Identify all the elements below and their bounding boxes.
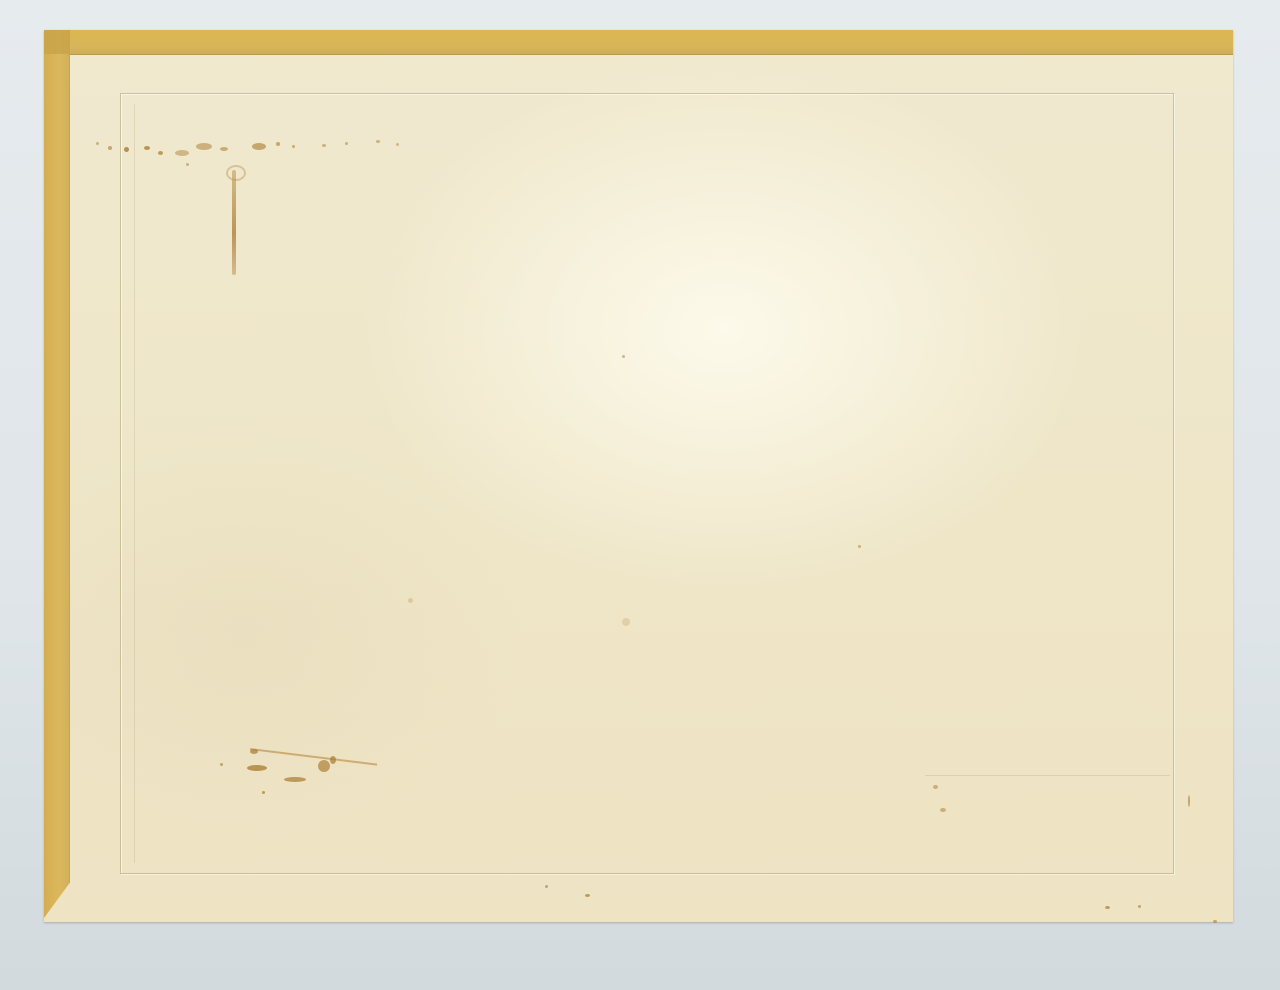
- tape-strip-left: [44, 30, 70, 918]
- embossed-corner-detail: [925, 775, 1170, 871]
- plate-inner-emboss: [134, 104, 1133, 863]
- plate-mark: [120, 93, 1174, 874]
- drip-stain: [232, 170, 236, 275]
- drip-stain-head: [226, 165, 246, 181]
- tape-overlap-corner: [44, 30, 69, 54]
- tape-strip-top: [44, 30, 1233, 55]
